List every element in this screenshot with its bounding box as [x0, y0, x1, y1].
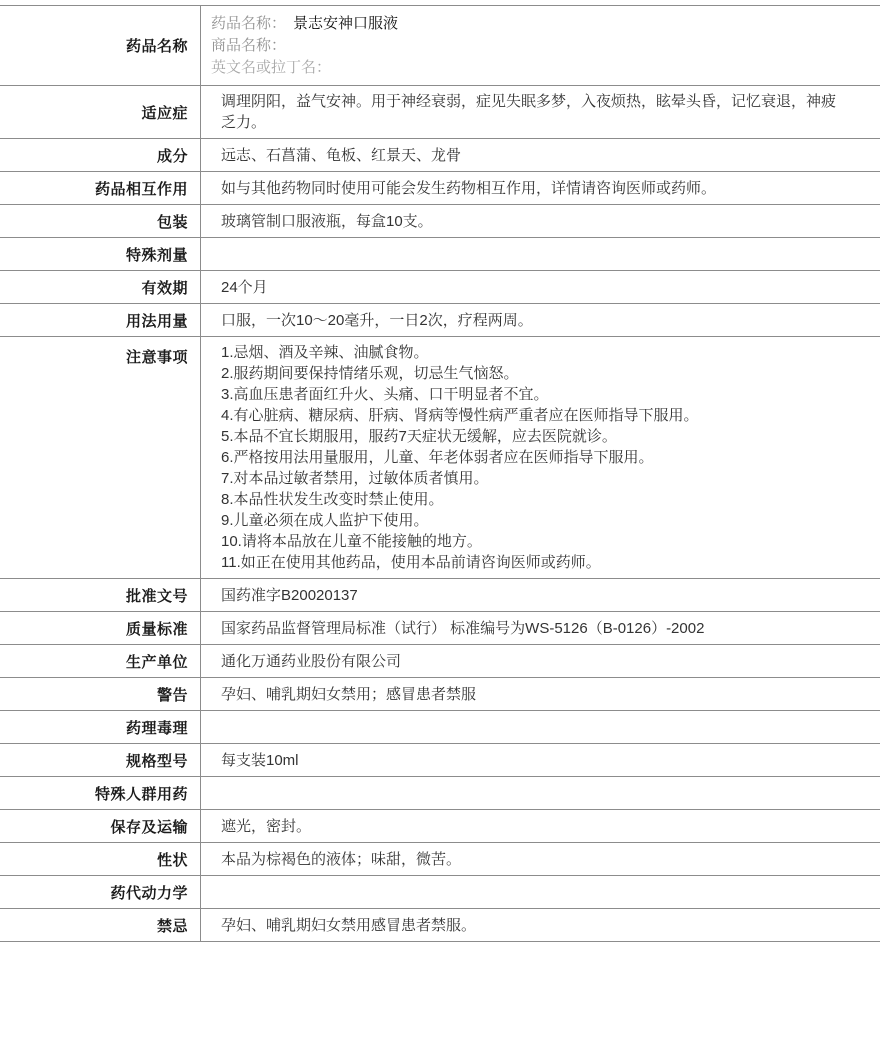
row-label: 用法用量: [0, 304, 201, 336]
row-label: 药品名称: [0, 6, 201, 85]
row-label: 特殊人群用药: [0, 777, 201, 809]
table-row: 保存及运输遮光，密封。: [0, 810, 880, 843]
note-line: 11.如正在使用其他药品，使用本品前请咨询医师或药师。: [221, 552, 850, 573]
row-value: [201, 777, 880, 809]
table-row: 适应症调理阴阳，益气安神。用于神经衰弱，症见失眠多梦，入夜烦热，眩晕头昏，记忆衰…: [0, 86, 880, 139]
table-row: 警告孕妇、哺乳期妇女禁用；感冒患者禁服: [0, 678, 880, 711]
table-row: 质量标准国家药品监督管理局标准（试行） 标准编号为WS-5126（B-0126）…: [0, 612, 880, 645]
row-label: 适应症: [0, 86, 201, 138]
row-label: 警告: [0, 678, 201, 710]
note-line: 6.严格按用法用量服用，儿童、年老体弱者应在医师指导下服用。: [221, 447, 850, 468]
table-row: 生产单位通化万通药业股份有限公司: [0, 645, 880, 678]
row-value: 每支装10ml: [201, 744, 880, 776]
table-row: 性状本品为棕褐色的液体；味甜，微苦。: [0, 843, 880, 876]
field-key: 药品名称：: [211, 15, 286, 32]
note-line: 4.有心脏病、糖尿病、肝病、肾病等慢性病严重者应在医师指导下服用。: [221, 405, 850, 426]
table-row: 有效期24个月: [0, 271, 880, 304]
row-value: 孕妇、哺乳期妇女禁用感冒患者禁服。: [201, 909, 880, 941]
table-row: 禁忌孕妇、哺乳期妇女禁用感冒患者禁服。: [0, 909, 880, 942]
note-line: 7.对本品过敏者禁用，过敏体质者慎用。: [221, 468, 850, 489]
row-value: [201, 711, 880, 743]
row-value: [201, 876, 880, 908]
row-value: 通化万通药业股份有限公司: [201, 645, 880, 677]
table-row: 用法用量口服，一次10～20毫升，一日2次，疗程两周。: [0, 304, 880, 337]
note-line: 8.本品性状发生改变时禁止使用。: [221, 489, 850, 510]
note-line: 5.本品不宜长期服用，服药7天症状无缓解，应去医院就诊。: [221, 426, 850, 447]
row-value: 国药准字B20020137: [201, 579, 880, 611]
table-row: 药品名称药品名称：景志安神口服液商品名称：英文名或拉丁名：: [0, 6, 880, 86]
row-value: 远志、石菖蒲、龟板、红景天、龙骨: [201, 139, 880, 171]
row-label: 注意事项: [0, 337, 201, 578]
row-value: 24个月: [201, 271, 880, 303]
name-field-line: 药品名称：景志安神口服液: [211, 13, 850, 35]
row-label: 规格型号: [0, 744, 201, 776]
row-label: 保存及运输: [0, 810, 201, 842]
field-key: 英文名或拉丁名：: [211, 59, 331, 76]
row-label: 药理毒理: [0, 711, 201, 743]
row-value: 口服，一次10～20毫升，一日2次，疗程两周。: [201, 304, 880, 336]
row-value: [201, 238, 880, 270]
row-label: 批准文号: [0, 579, 201, 611]
note-line: 10.请将本品放在儿童不能接触的地方。: [221, 531, 850, 552]
note-line: 2.服药期间要保持情绪乐观，切忌生气恼怒。: [221, 363, 850, 384]
row-label: 质量标准: [0, 612, 201, 644]
row-label: 特殊剂量: [0, 238, 201, 270]
row-label: 药品相互作用: [0, 172, 201, 204]
row-value: 遮光，密封。: [201, 810, 880, 842]
table-row: 批准文号国药准字B20020137: [0, 579, 880, 612]
row-value: 药品名称：景志安神口服液商品名称：英文名或拉丁名：: [201, 6, 880, 85]
field-value: 景志安神口服液: [293, 15, 398, 32]
table-row: 药理毒理: [0, 711, 880, 744]
row-value: 本品为棕褐色的液体；味甜，微苦。: [201, 843, 880, 875]
table-row: 成分远志、石菖蒲、龟板、红景天、龙骨: [0, 139, 880, 172]
row-label: 有效期: [0, 271, 201, 303]
note-line: 1.忌烟、酒及辛辣、油腻食物。: [221, 342, 850, 363]
row-label: 药代动力学: [0, 876, 201, 908]
note-line: 3.高血压患者面红升火、头痛、口干明显者不宜。: [221, 384, 850, 405]
table-row: 药代动力学: [0, 876, 880, 909]
drug-info-page: 药品名称药品名称：景志安神口服液商品名称：英文名或拉丁名：适应症调理阴阳，益气安…: [0, 0, 880, 1060]
row-value: 孕妇、哺乳期妇女禁用；感冒患者禁服: [201, 678, 880, 710]
table-row: 包装玻璃管制口服液瓶，每盒10支。: [0, 205, 880, 238]
row-value: 1.忌烟、酒及辛辣、油腻食物。2.服药期间要保持情绪乐观，切忌生气恼怒。3.高血…: [201, 337, 880, 578]
table-row: 注意事项1.忌烟、酒及辛辣、油腻食物。2.服药期间要保持情绪乐观，切忌生气恼怒。…: [0, 337, 880, 579]
row-value: 如与其他药物同时使用可能会发生药物相互作用，详情请咨询医师或药师。: [201, 172, 880, 204]
table-row: 特殊剂量: [0, 238, 880, 271]
row-label: 包装: [0, 205, 201, 237]
field-key: 商品名称：: [211, 37, 286, 54]
name-field-line: 商品名称：: [211, 35, 850, 57]
row-label: 性状: [0, 843, 201, 875]
row-label: 成分: [0, 139, 201, 171]
table-row: 药品相互作用如与其他药物同时使用可能会发生药物相互作用，详情请咨询医师或药师。: [0, 172, 880, 205]
name-field-line: 英文名或拉丁名：: [211, 57, 850, 79]
table-row: 特殊人群用药: [0, 777, 880, 810]
drug-info-table: 药品名称药品名称：景志安神口服液商品名称：英文名或拉丁名：适应症调理阴阳，益气安…: [0, 5, 880, 942]
note-line: 9.儿童必须在成人监护下使用。: [221, 510, 850, 531]
row-label: 生产单位: [0, 645, 201, 677]
row-value: 国家药品监督管理局标准（试行） 标准编号为WS-5126（B-0126）-200…: [201, 612, 880, 644]
row-label: 禁忌: [0, 909, 201, 941]
row-value: 调理阴阳，益气安神。用于神经衰弱，症见失眠多梦，入夜烦热，眩晕头昏，记忆衰退，神…: [201, 86, 880, 138]
row-value: 玻璃管制口服液瓶，每盒10支。: [201, 205, 880, 237]
table-row: 规格型号每支装10ml: [0, 744, 880, 777]
